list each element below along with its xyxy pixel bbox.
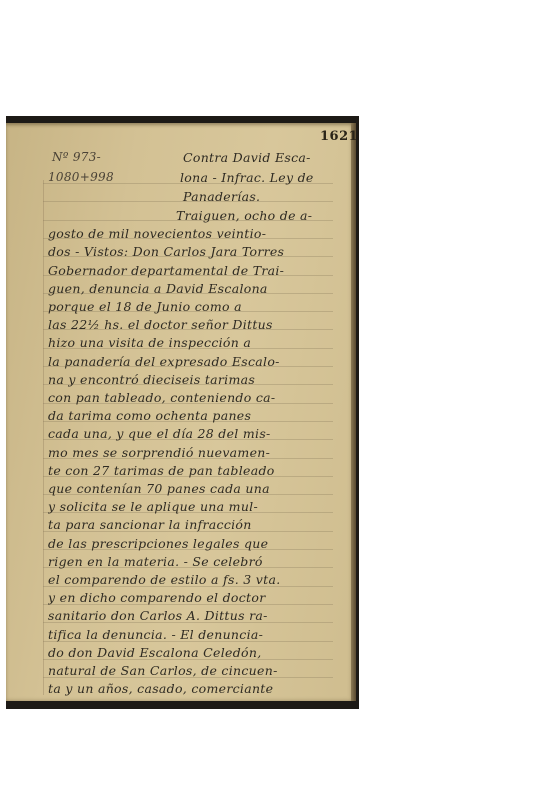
- handwritten-line: ta y un años, casado, comerciante: [48, 681, 333, 696]
- handwritten-line: las 22½ hs. el doctor señor Dittus: [48, 317, 333, 332]
- handwritten-line: que contenían 70 panes cada una: [48, 481, 333, 496]
- handwritten-line: la panadería del expresado Escalo-: [48, 354, 333, 369]
- handwritten-line: do don David Escalona Celedón,: [48, 645, 333, 660]
- left-margin-rule: [43, 180, 44, 695]
- heading-line-3: Panaderías.: [183, 189, 260, 204]
- handwritten-line: dos - Vistos: Don Carlos Jara Torres: [48, 244, 333, 259]
- handwritten-line: el comparendo de estilo a fs. 3 vta.: [48, 572, 333, 587]
- handwritten-line: ta para sancionar la infracción: [48, 517, 333, 532]
- handwritten-line: rigen en la materia. - Se celebró: [48, 554, 333, 569]
- heading-line-2: lona - Infrac. Ley de: [180, 170, 314, 185]
- handwritten-line: mo mes se sorprendió nuevamen-: [48, 445, 333, 460]
- handwritten-line: de las prescripciones legales que: [48, 536, 333, 551]
- handwritten-line: y solicita se le aplique una mul-: [48, 499, 333, 514]
- handwritten-line: y en dicho comparendo el doctor: [48, 590, 333, 605]
- handwritten-line: Traiguen, ocho de a-: [176, 208, 336, 223]
- handwritten-line: sanitario don Carlos A. Dittus ra-: [48, 608, 333, 623]
- handwritten-line: natural de San Carlos, de cincuen-: [48, 663, 333, 678]
- handwritten-line: guen, denuncia a David Escalona: [48, 281, 333, 296]
- record-reference: 1080+998: [48, 170, 114, 184]
- handwritten-line: tifica la denuncia. - El denuncia-: [48, 627, 333, 642]
- handwritten-line: hizo una visita de inspección a: [48, 335, 333, 350]
- handwritten-line: cada una, y que el día 28 del mis-: [48, 426, 333, 441]
- handwritten-line: Gobernador departamental de Trai-: [48, 263, 333, 278]
- handwritten-line: porque el 18 de Junio como a: [48, 299, 333, 314]
- page-edge: [351, 123, 356, 701]
- handwritten-line: con pan tableado, conteniendo ca-: [48, 390, 333, 405]
- heading-line-1: Contra David Esca-: [183, 150, 311, 165]
- handwritten-line: te con 27 tarimas de pan tableado: [48, 463, 333, 478]
- record-number: Nº 973-: [52, 150, 101, 164]
- handwritten-line: da tarima como ochenta panes: [48, 408, 333, 423]
- handwritten-line: gosto de mil novecientos veintio-: [48, 226, 333, 241]
- page-number: 1621: [320, 129, 358, 144]
- handwritten-line: na y encontró dieciseis tarimas: [48, 372, 333, 387]
